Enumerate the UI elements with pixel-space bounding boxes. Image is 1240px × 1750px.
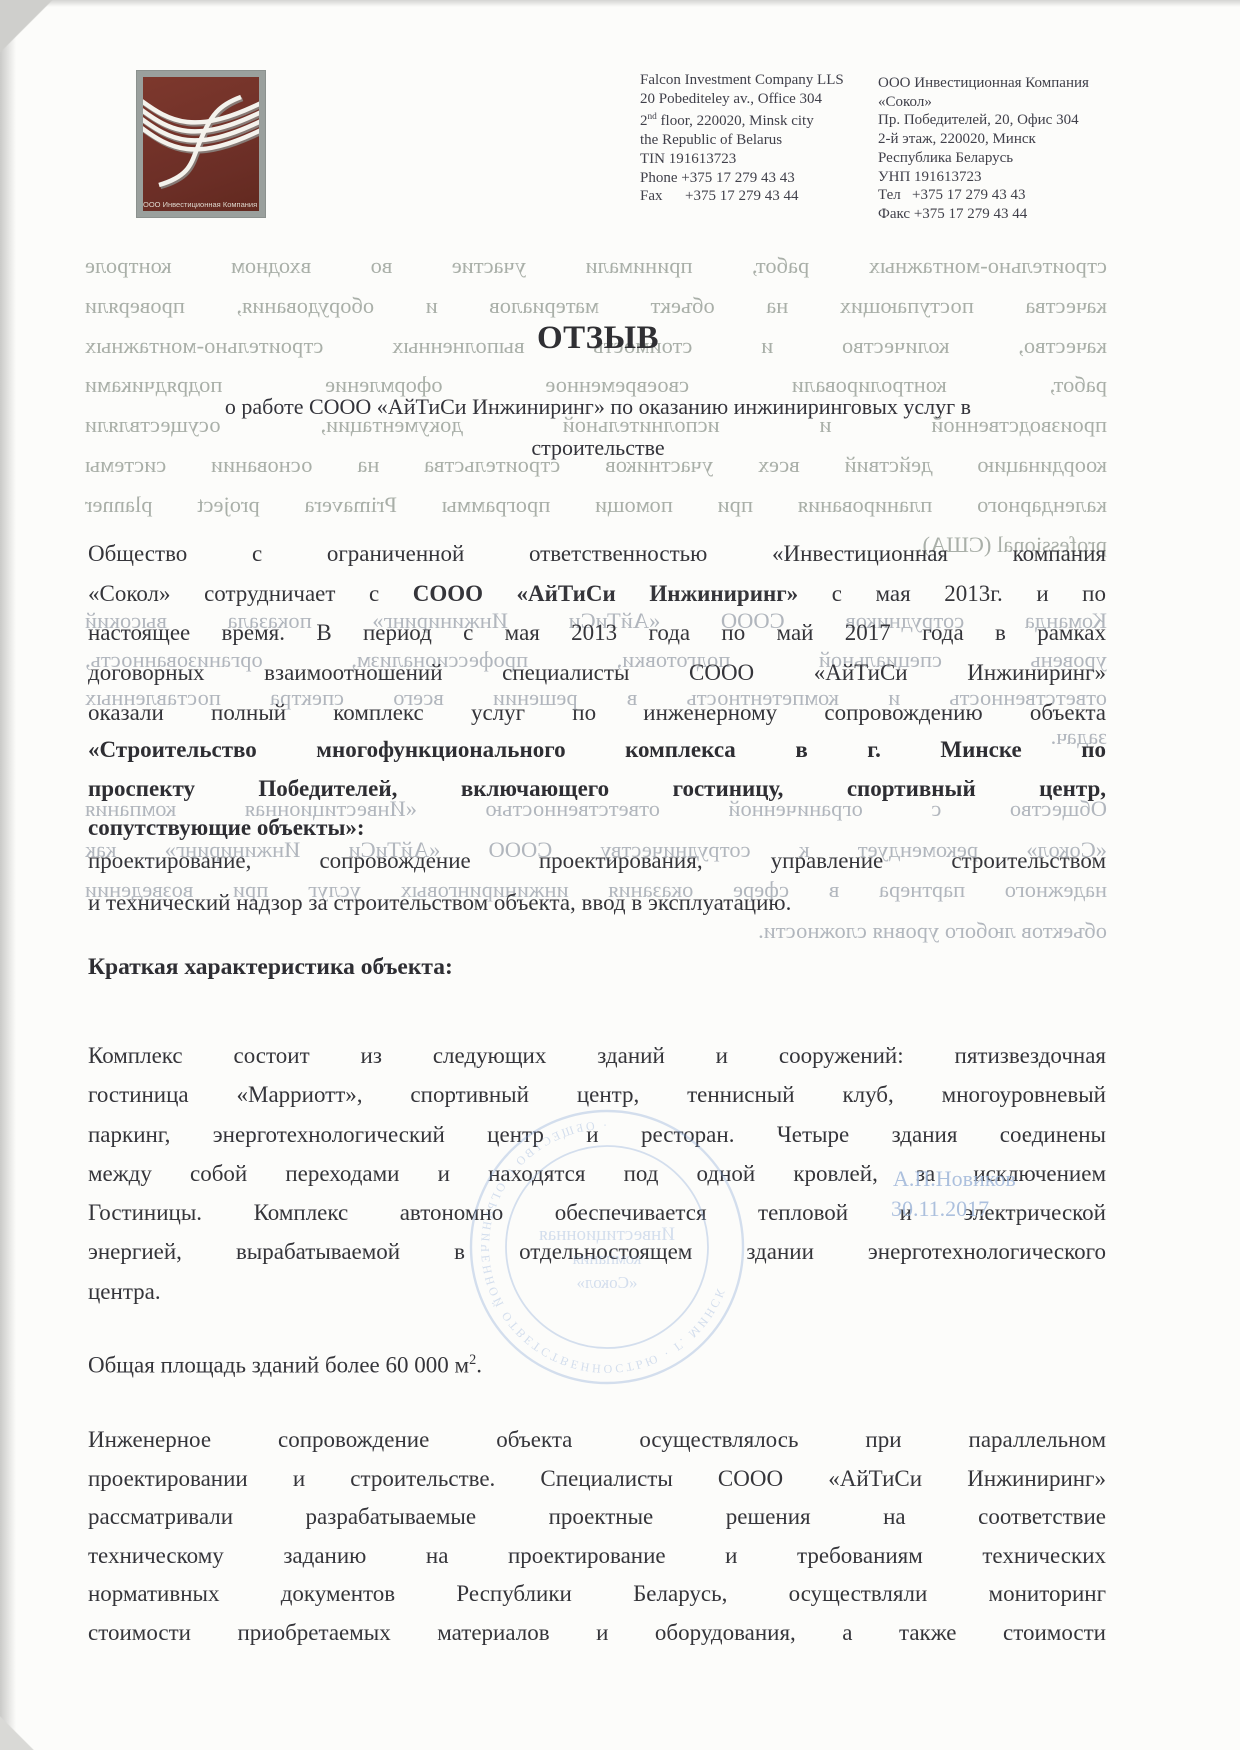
falcon-waves-icon [143,77,259,211]
paragraph-engineering-support: Инженерное сопровождение объекта осущест… [88,1421,1106,1653]
text-line: договорных взаимоотношений специалисты С… [88,653,1106,693]
text-line: Тел +375 17 279 43 43 [878,186,1138,205]
stamp-ring-text: · ОБЩЕСТВО С ОГРАНИЧЕННОЙ ОТВЕТСТВЕННОСТ… [478,1118,729,1376]
text-line: the Republic of Belarus [640,131,900,150]
text-line: Республика Беларусь [878,149,1138,168]
signature-date-bleed: 30.11.2017 [891,1196,989,1222]
text-line: Пр. Победителей, 20, Офис 304 [878,111,1138,130]
text-line: стоимости приобретаемых материалов и обо… [88,1614,1106,1653]
text-line: Инженерное сопровождение объекта осущест… [88,1421,1106,1460]
logo-background: ООО Инвестиционная Компания "Сокол" [143,77,259,211]
letterhead-english-column: Falcon Investment Company LLS20 Pobedite… [640,71,900,206]
text-line: Falcon Investment Company LLS [640,71,900,90]
text-line: 2-й этаж, 220020, Минск [878,130,1138,149]
text-line: Комплекс состоит из следующих зданий и с… [88,1036,1106,1075]
svg-text:· ОБЩЕСТВО С ОГРАНИЧЕННОЙ ОТВЕ: · ОБЩЕСТВО С ОГРАНИЧЕННОЙ ОТВЕТСТВЕННОСТ… [478,1118,729,1376]
stamp-bleed-through: · ОБЩЕСТВО С ОГРАНИЧЕННОЙ ОТВЕТСТВЕННОСТ… [462,1102,752,1392]
text-line: о работе СООО «АйТиСи Инжиниринг» по ока… [88,386,1108,427]
text-line: Fax +375 17 279 43 44 [640,187,900,206]
text-line: техническому заданию на проектирование и… [88,1537,1106,1576]
text-line: оказали полный комплекс услуг по инженер… [88,693,1106,733]
paragraph-services: проектирование, сопровождение проектиров… [88,840,1106,924]
stamp-center-line-1: Инвестиционная [539,1224,675,1245]
text-line: Общество с ограниченной ответственностью… [88,534,1106,574]
page-edge-shadow-top [0,0,1240,7]
letterhead-russian-column: ООО Инвестиционная Компания«Сокол»Пр. По… [878,74,1138,224]
text-line: проектировании и строительстве. Специали… [88,1460,1106,1499]
text-line: и технический надзор за строительством о… [88,882,1106,924]
stamp-center-line-3: «Сокол» [577,1273,638,1292]
text-line: строительстве [88,427,1108,468]
text-line: проспекту Победителей, включающего гости… [88,769,1106,808]
text-line: календарного планирования при помощи про… [85,485,1107,525]
page-corner-shade-top-left [0,0,72,72]
text-line: «Сокол» сотрудничает с СООО «АйТиСи Инжи… [88,574,1106,614]
document-subtitle: о работе СООО «АйТиСи Инжиниринг» по ока… [88,386,1108,468]
scanned-letter-page: ООО Инвестиционная Компания "Сокол" Falc… [0,0,1240,1750]
logo-caption: ООО Инвестиционная Компания "Сокол" [143,200,259,209]
stamp-center-line-2: компания [572,1249,641,1268]
text-line: строительно-монтажных работ, принимали у… [85,246,1107,286]
company-logo: ООО Инвестиционная Компания "Сокол" [136,70,266,218]
text-line: проектирование, сопровождение проектиров… [88,840,1106,882]
text-line: Phone +375 17 279 43 43 [640,169,900,188]
text-line: рассматривали разрабатываемые проектные … [88,1498,1106,1537]
paragraph-project-name-bold: «Строительство многофункционального комп… [88,730,1106,847]
document-title: ОТЗЫВ [88,320,1108,357]
text-line: TIN 191613723 [640,150,900,169]
text-line: Факс +375 17 279 43 44 [878,205,1138,224]
text-line: УНП 191613723 [878,168,1138,187]
text-line: 20 Pobediteley av., Office 304 [640,90,900,109]
text-line: «Сокол» [878,93,1138,112]
text-line: нормативных документов Республики Белару… [88,1575,1106,1614]
text-line: «Строительство многофункционального комп… [88,730,1106,769]
text-line: ООО Инвестиционная Компания [878,74,1138,93]
section-heading: Краткая характеристика объекта: [88,952,1106,982]
text-line: 2nd floor, 220020, Minsk city [640,108,900,131]
text-line: настоящее время. В период с мая 2013 год… [88,613,1106,653]
page-edge-shadow-left [0,0,16,1750]
signature-name-bleed: А.П.Новиков [893,1166,1016,1192]
page-corner-shade-bottom-left [0,1654,54,1750]
paragraph-cooperation: Общество с ограниченной ответственностью… [88,534,1106,733]
